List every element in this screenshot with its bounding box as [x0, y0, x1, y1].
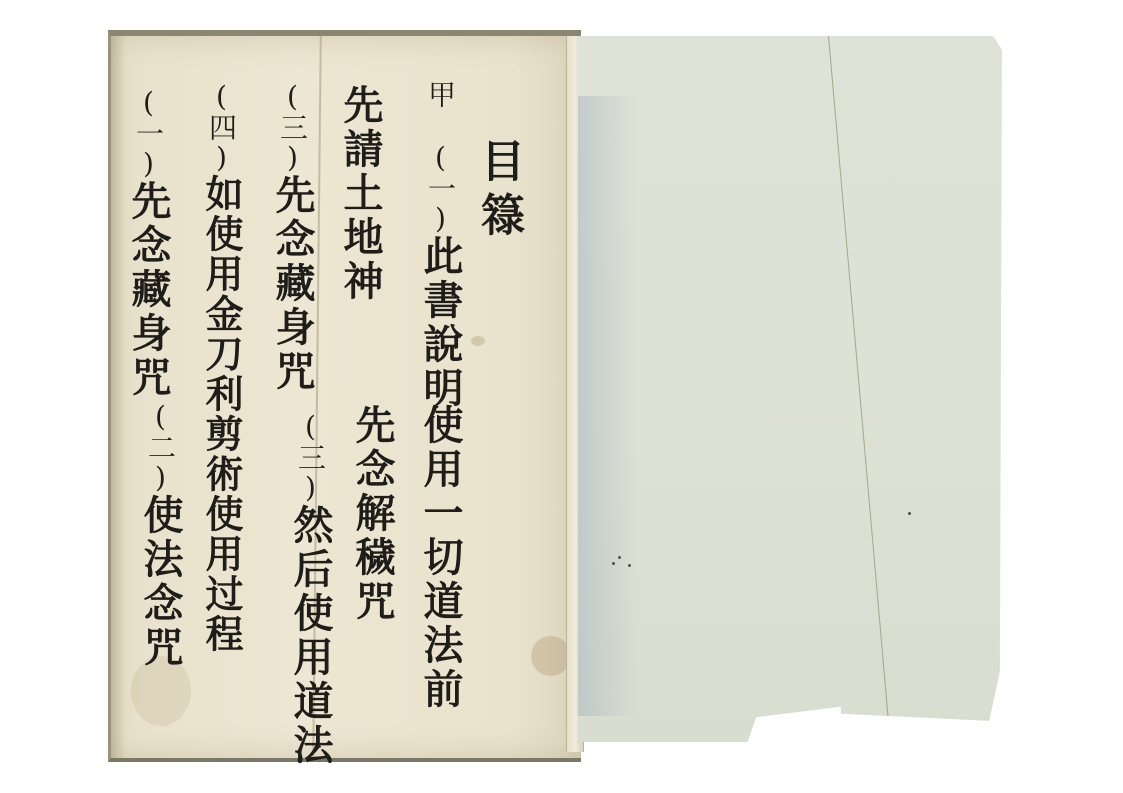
- entry-text: 然后使用道法: [287, 504, 334, 768]
- page-fold-line: [828, 36, 891, 739]
- toc-entry-1: 甲 (一)此書說明: [420, 80, 460, 411]
- entry-marker: (三): [276, 80, 309, 174]
- ink-spot: [612, 562, 615, 565]
- toc-entry-4: 先念解穢咒: [352, 404, 392, 624]
- entry-text: 此書說明: [417, 235, 464, 411]
- entry-marker: (三): [294, 410, 327, 504]
- toc-title: 目簶: [476, 138, 520, 246]
- entry-text: 如使用金刀利剪術使用过程: [199, 174, 244, 654]
- entry-text: 使法念咒: [137, 494, 184, 670]
- entry-text: 使用一切道法前: [417, 404, 464, 712]
- open-manuscript: 目簶 甲 (一)此書說明 使用一切道法前 先請土地神 先念解穢咒 (三)先念藏身…: [0, 0, 1123, 793]
- entry-text: 先念藏身咒: [125, 180, 172, 400]
- entry-marker: (一): [132, 86, 165, 180]
- entry-text: 先念藏身咒: [269, 174, 316, 394]
- toc-entry-8: (一)先念藏身咒: [128, 86, 168, 400]
- entry-marker: (二): [144, 400, 177, 494]
- toc-entry-6: (三)然后使用道法: [290, 410, 330, 768]
- entry-text: 先念解穢咒: [349, 404, 396, 624]
- ink-spot: [908, 512, 911, 515]
- toc-entry-2: 使用一切道法前: [420, 404, 460, 712]
- entry-marker: (四): [205, 80, 238, 174]
- ink-spot: [628, 564, 631, 567]
- paper-stain: [471, 336, 485, 346]
- toc-entry-7: (四)如使用金刀利剪術使用过程: [202, 80, 240, 654]
- toc-entry-5: (三)先念藏身咒: [272, 80, 312, 394]
- toc-entry-9: (二)使法念咒: [140, 400, 180, 670]
- page-discoloration: [578, 96, 638, 716]
- paper-stain: [531, 636, 571, 676]
- entry-marker: 甲 (一): [424, 80, 457, 235]
- toc-entry-3: 先請土地神: [340, 84, 380, 304]
- right-page-blank: [578, 36, 1002, 742]
- entry-text: 先請土地神: [337, 84, 384, 304]
- ink-spot: [618, 556, 621, 559]
